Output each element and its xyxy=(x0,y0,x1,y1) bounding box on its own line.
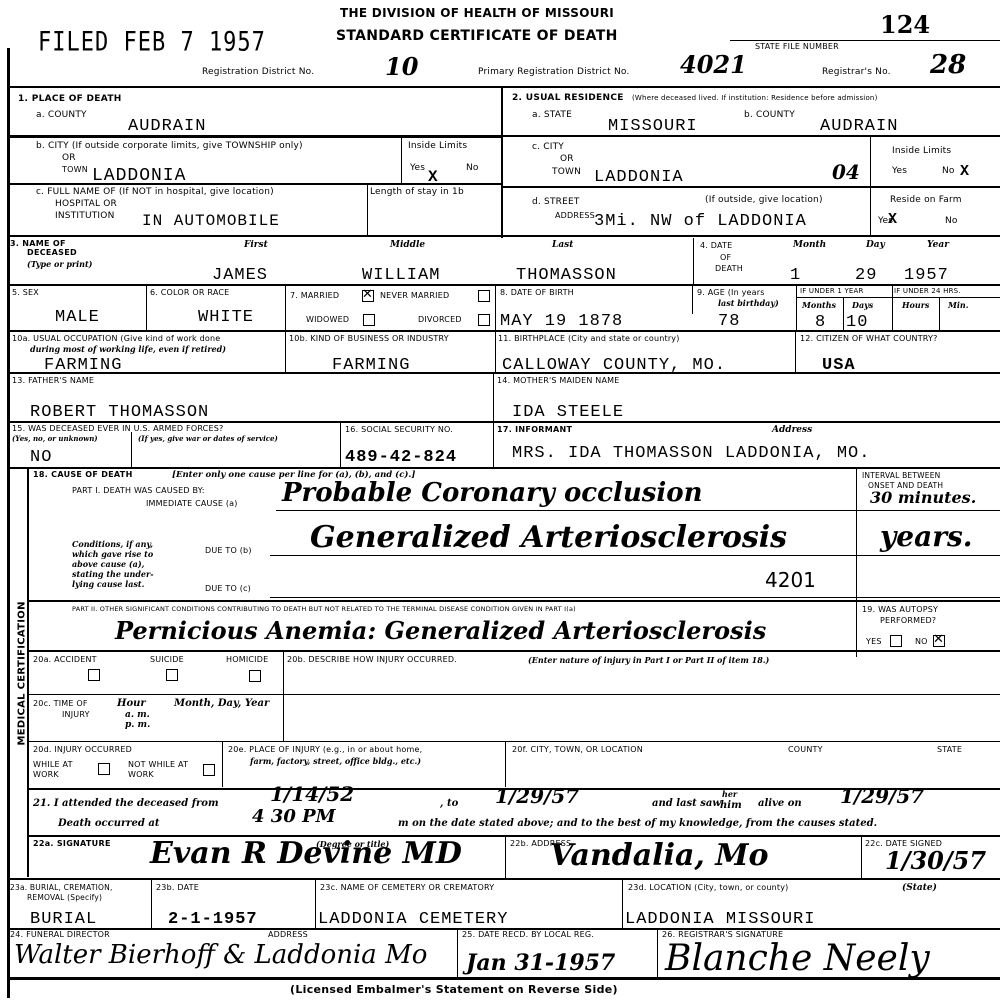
autopsy-label: 19. WAS AUTOPSY xyxy=(862,605,938,614)
filed-stamp: FILED FEB 7 1957 xyxy=(38,28,266,58)
burial-location-value: LADDONIA MISSOURI xyxy=(625,910,815,929)
physician-address-value: Vandalia, Mo xyxy=(550,838,769,873)
occupation-label-2: during most of working life, even if ret… xyxy=(30,344,226,354)
min-label: Min. xyxy=(948,300,969,310)
death-occurred-label: Death occurred at xyxy=(58,818,159,829)
time-of-injury-label: 20c. TIME OF xyxy=(33,699,88,708)
res-city-or: OR xyxy=(560,154,574,164)
divider xyxy=(270,555,1000,556)
form-title: STANDARD CERTIFICATE OF DEATH xyxy=(336,28,618,44)
inside-limits-label: Inside Limits xyxy=(408,141,467,151)
divider xyxy=(10,330,1000,332)
divider xyxy=(856,510,1000,511)
interval-label: INTERVAL BETWEEN xyxy=(862,471,940,480)
occupation-label: 10a. USUAL OCCUPATION (Give kind of work… xyxy=(12,334,220,343)
death-occurred-tail: m on the date stated above; and to the b… xyxy=(398,818,877,829)
divider xyxy=(892,284,893,330)
month-label: Month xyxy=(793,240,826,250)
divider xyxy=(10,136,501,138)
cause-of-death-label: 18. CAUSE OF DEATH xyxy=(33,470,133,479)
cause-a-value: Probable Coronary occlusion xyxy=(282,478,703,508)
date-of-death-label-3: DEATH xyxy=(715,264,743,273)
res-inside-yes[interactable]: Yes xyxy=(892,166,907,176)
reside-on-farm-label: Reside on Farm xyxy=(890,195,962,205)
divider xyxy=(493,421,494,468)
age-label: 9. AGE (In years xyxy=(697,288,765,297)
res-inside-limits-label: Inside Limits xyxy=(892,146,951,156)
due-to-c-label: DUE TO (c) xyxy=(205,584,251,593)
divider xyxy=(505,835,506,878)
registrar-signature: Blanche Neely xyxy=(665,938,930,979)
date-received-label: 25. DATE RECD. BY LOCAL REG. xyxy=(462,930,594,939)
funeral-address-label: ADDRESS xyxy=(268,930,308,939)
death-county-value: AUDRAIN xyxy=(128,117,206,136)
divider xyxy=(505,741,506,787)
widowed-label: WIDOWED xyxy=(306,315,349,324)
accident-checkbox[interactable] xyxy=(88,669,100,681)
cemetery-value: LADDONIA CEMETERY xyxy=(318,910,508,929)
conditions-note-2: which gave rise to xyxy=(72,549,153,559)
divider xyxy=(493,372,494,422)
primary-registration-district-label: Primary Registration District No. xyxy=(478,67,630,77)
year-label: Year xyxy=(927,240,949,250)
autopsy-label-2: PERFORMED? xyxy=(880,616,936,625)
accident-label: 20a. ACCIDENT xyxy=(33,655,97,664)
divider xyxy=(870,135,871,235)
city-town-label: TOWN xyxy=(62,165,88,174)
divider xyxy=(501,135,1000,137)
hospital-label-2: HOSPITAL OR xyxy=(55,199,117,209)
state-file-number: 124 xyxy=(880,10,930,39)
res-county-label: b. COUNTY xyxy=(744,110,795,120)
embalmer-statement-note: (Licensed Embalmer's Statement on Revers… xyxy=(290,983,618,996)
divider xyxy=(367,183,368,236)
burial-date-value: 2-1-1957 xyxy=(168,910,258,929)
divider xyxy=(285,330,286,372)
divider xyxy=(401,136,402,183)
funeral-director-signature: Walter Bierhoff & Laddonia Mo xyxy=(14,940,427,970)
married-checkbox[interactable] xyxy=(362,290,374,302)
date-of-death-label-2: OF xyxy=(720,253,731,262)
divider xyxy=(10,421,1000,423)
divider xyxy=(693,238,694,284)
citizen-label: 12. CITIZEN OF WHAT COUNTRY? xyxy=(800,334,938,343)
inside-limits-no[interactable]: No xyxy=(466,163,479,173)
place-of-death-label: 1. PLACE OF DEATH xyxy=(18,94,122,104)
deceased-last-name: THOMASSON xyxy=(516,266,617,285)
death-month: 1 xyxy=(790,266,801,285)
informant-value: MRS. IDA THOMASSON LADDONIA, MO. xyxy=(512,444,870,463)
armed-forces-sub-2: (If yes, give war or dates of service) xyxy=(138,434,278,443)
divider xyxy=(146,284,147,330)
autopsy-yes-label: YES xyxy=(866,637,882,646)
divider xyxy=(10,235,1000,237)
place-of-injury-label-2: farm, factory, street, office bldg., etc… xyxy=(250,756,421,766)
months-label: Months xyxy=(802,300,836,310)
informant-label: 17. INFORMANT xyxy=(497,425,572,434)
name-of-deceased-label: 3. NAME OF xyxy=(10,239,66,248)
usual-residence-note: (Where deceased lived. If institution: R… xyxy=(632,94,972,103)
armed-forces-sub-1: (Yes, no, or unknown) xyxy=(12,434,98,443)
divider xyxy=(27,650,1000,652)
form-top-border xyxy=(7,86,1000,88)
physician-signature: Evan R Devine MD xyxy=(150,836,462,871)
suicide-label: SUICIDE xyxy=(150,655,184,664)
hours-label: Hours xyxy=(902,300,929,310)
homicide-checkbox[interactable] xyxy=(249,670,261,682)
middle-name-label: Middle xyxy=(390,240,425,250)
injury-county-label: COUNTY xyxy=(788,745,823,754)
father-name-label: 13. FATHER'S NAME xyxy=(12,376,94,385)
medical-certification-side-label: MEDICAL CERTIFICATION xyxy=(17,606,28,746)
informant-address-label: Address xyxy=(772,425,812,435)
under-1-year-label: IF UNDER 1 YEAR xyxy=(800,287,864,295)
injury-how-note: (Enter nature of injury in Part I or Par… xyxy=(528,655,769,665)
mother-maiden-name-value: IDA STEELE xyxy=(512,403,624,422)
hospital-value: IN AUTOMOBILE xyxy=(142,212,280,230)
divider xyxy=(10,467,1000,469)
usual-residence-label: 2. USUAL RESIDENCE xyxy=(512,93,624,103)
immediate-cause-label: IMMEDIATE CAUSE (a) xyxy=(146,499,238,508)
never-married-checkbox[interactable] xyxy=(478,290,490,302)
divider xyxy=(283,650,284,741)
mother-maiden-name-label: 14. MOTHER'S MAIDEN NAME xyxy=(497,376,620,385)
divider xyxy=(796,284,797,330)
cause-b-value: Generalized Arteriosclerosis xyxy=(310,520,787,555)
deceased-first-name: JAMES xyxy=(212,266,268,285)
divider xyxy=(10,284,1000,286)
am-label: a. m. xyxy=(125,710,150,720)
part2-label: PART II. OTHER SIGNIFICANT CONDITIONS CO… xyxy=(72,605,576,613)
divider xyxy=(939,297,940,330)
him-label: him xyxy=(720,800,742,811)
funeral-director-label: 24. FUNERAL DIRECTOR xyxy=(10,930,110,939)
injury-city-label: 20f. CITY, TOWN, OR LOCATION xyxy=(512,745,643,754)
divider xyxy=(10,183,501,185)
res-street-label: d. STREET xyxy=(532,197,580,207)
divider xyxy=(692,284,693,314)
month-day-year-label: Month, Day, Year xyxy=(174,698,269,709)
farm-no[interactable]: No xyxy=(945,216,958,226)
divider xyxy=(131,432,132,468)
while-at-work-label: WHILE AT WORK xyxy=(33,760,93,780)
divorced-checkbox[interactable] xyxy=(478,314,490,326)
registrars-no-label: Registrar's No. xyxy=(822,67,891,77)
last-name-label: Last xyxy=(552,240,573,250)
to-label: , to xyxy=(440,798,458,809)
date-signed-value: 1/30/57 xyxy=(885,846,986,875)
res-address-label: ADDRESS xyxy=(555,211,595,220)
under-24-hrs-label: IF UNDER 24 HRS. xyxy=(894,287,961,295)
divider xyxy=(657,928,658,978)
divider xyxy=(795,330,796,372)
signature-label: 22a. SIGNATURE xyxy=(33,839,111,848)
divider xyxy=(501,186,1000,188)
state-file-number-label: STATE FILE NUMBER xyxy=(755,42,839,51)
city-label: b. CITY (If outside corporate limits, gi… xyxy=(36,141,303,151)
part2-value: Pernicious Anemia: Generalized Arteriosc… xyxy=(115,616,766,645)
degree-label: (Degree or title) xyxy=(316,839,389,849)
autopsy-yes-checkbox[interactable] xyxy=(890,635,902,647)
divider xyxy=(340,421,341,468)
divider xyxy=(222,741,223,787)
age-value: 78 xyxy=(718,312,740,331)
cause-c-code: 4201 xyxy=(765,568,816,592)
conditions-note-5: lying cause last. xyxy=(72,579,144,589)
not-while-at-work-checkbox[interactable] xyxy=(203,764,215,776)
cemetery-label: 23c. NAME OF CEMETERY OR CREMATORY xyxy=(320,883,494,892)
injury-state-label: STATE xyxy=(937,745,962,754)
last-saw-date-value: 1/29/57 xyxy=(840,784,924,808)
burial-state-label: (State) xyxy=(902,883,937,893)
name-of-deceased-label-2: DECEASED xyxy=(27,248,77,257)
date-received-value: Jan 31-1957 xyxy=(466,950,615,976)
res-county-value: AUDRAIN xyxy=(820,117,898,136)
conditions-note-3: above cause (a), xyxy=(72,559,144,569)
farm-yes-mark: X xyxy=(888,211,897,228)
interval-b-value: years. xyxy=(880,520,973,553)
race-label: 6. COLOR OR RACE xyxy=(150,288,229,297)
divider xyxy=(151,878,152,928)
attended-from-value: 1/14/52 xyxy=(270,782,354,806)
registrars-no-value: 28 xyxy=(930,50,966,80)
race-value: WHITE xyxy=(198,308,254,327)
death-year: 1957 xyxy=(904,266,949,285)
hour-label: Hour xyxy=(117,698,146,709)
form-title-agency: THE DIVISION OF HEALTH OF MISSOURI xyxy=(340,6,614,20)
sex-value: MALE xyxy=(55,308,100,327)
divider xyxy=(27,467,29,877)
never-married-label: NEVER MARRIED xyxy=(380,291,449,300)
primary-registration-district-value: 4021 xyxy=(680,50,747,79)
death-day: 29 xyxy=(855,266,877,285)
burial-location-label: 23d. LOCATION (City, town, or county) xyxy=(628,883,789,892)
divider xyxy=(10,372,1000,374)
res-street-value: 3Mi. NW of LADDONIA xyxy=(594,212,807,231)
widowed-checkbox[interactable] xyxy=(363,314,375,326)
part1-label: PART I. DEATH WAS CAUSED BY: xyxy=(72,486,205,495)
divider xyxy=(7,977,1000,980)
days-label: Days xyxy=(852,300,873,310)
autopsy-no-label: NO xyxy=(915,637,928,646)
ssn-value: 489-42-824 xyxy=(345,448,457,467)
conditions-note-1: Conditions, if any, xyxy=(72,539,153,549)
birthplace-label: 11. BIRTHPLACE (City and state or countr… xyxy=(498,334,680,343)
autopsy-no-checkbox[interactable] xyxy=(933,635,945,647)
res-inside-no[interactable]: No xyxy=(942,166,955,176)
divider xyxy=(856,467,857,657)
interval-a-value: 30 minutes. xyxy=(870,488,976,507)
divider xyxy=(27,694,1000,695)
divider xyxy=(276,510,856,511)
age-label-2: last birthday) xyxy=(718,298,779,308)
armed-forces-label: 15. WAS DECEASED EVER IN U.S. ARMED FORC… xyxy=(12,424,223,433)
conditions-note-4: stating the under- xyxy=(72,569,154,579)
attended-to-value: 1/29/57 xyxy=(495,784,579,808)
county-label: a. COUNTY xyxy=(36,110,87,120)
alive-on-label: alive on xyxy=(758,798,802,809)
res-city-town: TOWN xyxy=(552,167,581,177)
file-number-line xyxy=(730,40,1000,41)
length-of-stay-label: Length of stay in 1b xyxy=(370,187,464,197)
registration-district-value: 10 xyxy=(385,52,418,81)
divider xyxy=(796,297,1000,298)
not-while-at-work-label: NOT WHILE AT WORK xyxy=(128,760,198,780)
armed-forces-value: NO xyxy=(30,448,52,467)
divider xyxy=(457,928,458,978)
divider xyxy=(270,597,1000,598)
burial-label: 23a. BURIAL, CREMATION, xyxy=(10,883,113,892)
dob-value: MAY 19 1878 xyxy=(500,312,623,331)
registration-district-label: Registration District No. xyxy=(202,67,314,77)
due-to-b-label: DUE TO (b) xyxy=(205,546,252,555)
married-label: 7. MARRIED xyxy=(290,291,339,300)
divider xyxy=(843,297,844,330)
divider xyxy=(7,878,1000,880)
date-of-death-label: 4. DATE xyxy=(700,241,732,250)
death-time-value: 4 30 PM xyxy=(252,806,336,827)
divider xyxy=(501,86,503,238)
attended-label: 21. I attended the deceased from xyxy=(33,798,219,809)
divider xyxy=(495,330,496,372)
city-or-label: OR xyxy=(62,153,76,163)
divider xyxy=(27,741,1000,742)
inside-limits-yes[interactable]: Yes xyxy=(410,163,425,173)
place-of-injury-label: 20e. PLACE OF INJURY (e.g., in or about … xyxy=(228,745,422,754)
time-of-injury-label-2: INJURY xyxy=(62,710,90,719)
deceased-middle-name: WILLIAM xyxy=(362,266,440,285)
burial-label-2: REMOVAL (Specify) xyxy=(27,893,102,902)
divider xyxy=(285,284,286,330)
while-at-work-checkbox[interactable] xyxy=(98,763,110,775)
injury-occurred-label: 20d. INJURY OCCURRED xyxy=(33,745,132,754)
burial-date-label: 23b. DATE xyxy=(156,883,199,892)
her-label: her xyxy=(722,789,737,799)
res-inside-no-mark: X xyxy=(960,163,969,180)
divider xyxy=(495,284,496,330)
divider xyxy=(861,835,862,878)
homicide-label: HOMICIDE xyxy=(226,655,268,664)
sex-label: 5. SEX xyxy=(12,288,39,297)
institution-label: INSTITUTION xyxy=(55,211,115,221)
type-or-print-label: (Type or print) xyxy=(27,259,92,269)
res-state-value: MISSOURI xyxy=(608,117,698,136)
burial-value: BURIAL xyxy=(30,910,97,929)
last-saw-label: and last saw xyxy=(652,798,721,809)
injury-how-label: 20b. DESCRIBE HOW INJURY OCCURRED. xyxy=(287,655,457,664)
divider xyxy=(622,878,623,928)
res-city-code: 04 xyxy=(832,160,860,184)
ssn-label: 16. SOCIAL SECURITY NO. xyxy=(345,425,453,434)
suicide-checkbox[interactable] xyxy=(166,669,178,681)
hospital-label: c. FULL NAME OF (If NOT in hospital, giv… xyxy=(36,187,274,197)
res-state-label: a. STATE xyxy=(532,110,572,120)
father-name-value: ROBERT THOMASSON xyxy=(30,403,209,422)
form-left-border xyxy=(7,48,10,998)
divider xyxy=(315,878,316,928)
business-label: 10b. KIND OF BUSINESS OR INDUSTRY xyxy=(289,334,449,343)
first-name-label: First xyxy=(244,240,268,250)
divider xyxy=(27,600,1000,602)
res-street-note: (If outside, give location) xyxy=(705,195,823,205)
divorced-label: DIVORCED xyxy=(418,315,462,324)
res-city-value: LADDONIA xyxy=(594,168,684,187)
res-city-label: c. CITY xyxy=(532,142,564,152)
dob-label: 8. DATE OF BIRTH xyxy=(500,288,574,297)
pm-label: p. m. xyxy=(125,720,150,730)
day-label: Day xyxy=(866,240,885,250)
